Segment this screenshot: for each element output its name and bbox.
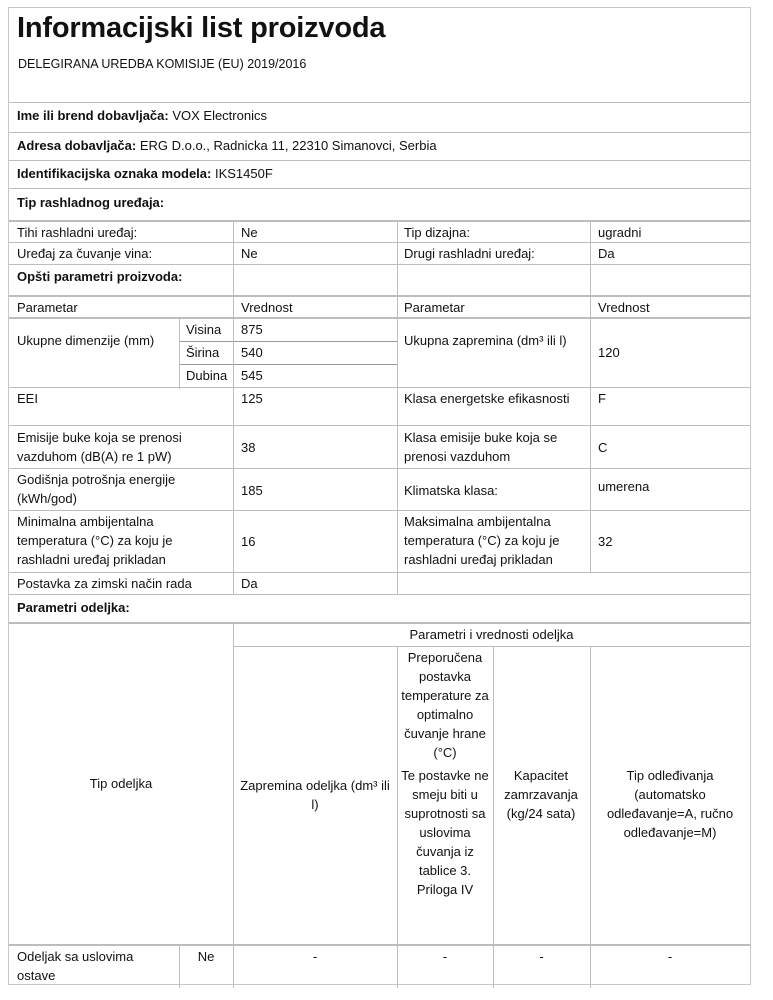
silent-value: Ne (241, 223, 258, 242)
volume-header: Zapremina odeljka (dm³ ili l) (237, 776, 393, 814)
appliance-type-heading: Tip rashladnog uređaja: (17, 193, 164, 212)
noise-class-label: Klasa emisije buke koja se prenosi vazdu… (404, 428, 569, 466)
compartment-group-header: Parametri i vrednosti odeljka (233, 625, 750, 644)
brand-label: Ime ili brend dobavljača: (17, 108, 169, 123)
address-label: Adresa dobavljača: (17, 138, 136, 153)
winter-mode-row: Postavka za zimski način rada Da (9, 572, 750, 594)
other-appliance-label: Drugi rashladni uređaj: (404, 244, 535, 263)
compartment-freezing-capacity: - (493, 947, 590, 966)
noise-label: Emisije buke koja se prenosi vazduhom (d… (17, 428, 232, 466)
eei-label: EEI (17, 389, 38, 408)
winter-mode-label: Postavka za zimski način rada (17, 574, 192, 593)
dimensions-row: Ukupne dimenzije (mm) Visina 875 Širina … (9, 317, 750, 387)
height-value: 875 (241, 320, 263, 339)
energy-class-value: F (598, 389, 606, 408)
supplier-brand-row: Ime ili brend dobavljača: VOX Electronic… (9, 102, 750, 132)
regulation-subtitle: DELEGIRANA UREDBA KOMISIJE (EU) 2019/201… (18, 57, 306, 71)
column-header-parameter: Parametar (404, 298, 465, 317)
compartment-volume: - (233, 947, 397, 966)
wine-storage-label: Uređaj za čuvanje vina: (17, 244, 152, 263)
width-label: Širina (186, 343, 219, 362)
silent-label: Tihi rashladni uređaj: (17, 223, 137, 242)
page-title: Informacijski list proizvoda (17, 12, 385, 45)
annual-energy-value: 185 (241, 481, 263, 500)
design-type-label: Tip dizajna: (404, 223, 470, 242)
climate-class-label: Klimatska klasa: (404, 481, 498, 500)
compartment-present: Ne (179, 947, 233, 966)
compartment-type: Odeljak sa uslovima ostave (17, 947, 167, 985)
annual-energy-row: Godišnja potrošnja energije (kWh/god) 18… (9, 468, 750, 510)
general-column-headers: Parametar Vrednost Parametar Vrednost (9, 295, 750, 317)
temperature-header-note: Te postavke ne smeju biti u suprotnosti … (397, 766, 493, 899)
compartment-defrost-type: - (590, 947, 750, 966)
energy-class-label: Klasa energetske efikasnosti (404, 389, 589, 408)
freezing-capacity-header: Kapacitet zamrzavanja (kg/24 sata) (493, 766, 589, 823)
product-information-sheet: Informacijski list proizvoda DELEGIRANA … (8, 7, 751, 985)
noise-class-value: C (598, 438, 607, 457)
brand-value: VOX Electronics (169, 108, 267, 123)
noise-value: 38 (241, 438, 255, 457)
column-header-parameter: Parametar (17, 298, 78, 317)
compartment-row: Odeljak sa uslovima ostave Ne - - - - (9, 944, 750, 986)
max-temp-label: Maksimalna ambijentalna temperatura (°C)… (404, 512, 589, 569)
compartments-heading: Parametri odeljka: (17, 598, 130, 617)
total-volume-value: 120 (598, 343, 620, 362)
noise-row: Emisije buke koja se prenosi vazduhom (d… (9, 425, 750, 468)
eei-value: 125 (241, 389, 263, 408)
eei-row: EEI 125 Klasa energetske efikasnosti F (9, 387, 750, 425)
total-volume-label: Ukupna zapremina (dm³ ili l) (404, 331, 584, 350)
min-temp-label: Minimalna ambijentalna temperatura (°C) … (17, 512, 217, 569)
general-heading: Opšti parametri proizvoda: (17, 267, 182, 286)
model-row: Identifikacijska oznaka modela: IKS1450F (9, 160, 750, 188)
general-heading-row: Opšti parametri proizvoda: (9, 264, 750, 294)
compartment-temperature: - (397, 947, 493, 966)
other-appliance-value: Da (598, 244, 615, 263)
address-value: ERG D.o.o., Radnicka 11, 22310 Simanovci… (136, 138, 436, 153)
climate-class-value: umerena (598, 477, 649, 496)
depth-label: Dubina (186, 366, 227, 385)
compartment-type-header: Tip odeljka (9, 774, 233, 793)
design-type-value: ugradni (598, 223, 641, 242)
appliance-type-row: Tihi rashladni uređaj: Ne Tip dizajna: u… (9, 220, 750, 242)
temperature-header-text: Preporučena postavka temperature za opti… (397, 648, 493, 762)
min-temp-value: 16 (241, 532, 255, 551)
wine-storage-value: Ne (241, 244, 258, 263)
width-value: 540 (241, 343, 263, 362)
model-label: Identifikacijska oznaka modela: (17, 166, 211, 181)
supplier-address-row: Adresa dobavljača: ERG D.o.o., Radnicka … (9, 132, 750, 160)
compartments-header: Tip odeljka Parametri i vrednosti odeljk… (9, 622, 750, 944)
height-label: Visina (186, 320, 221, 339)
model-value: IKS1450F (211, 166, 272, 181)
defrost-type-header: Tip odleđivanja (automatsko odleđavanje=… (605, 766, 735, 842)
compartments-heading-row: Parametri odeljka: (9, 594, 750, 622)
ambient-temperature-row: Minimalna ambijentalna temperatura (°C) … (9, 510, 750, 572)
temperature-header: Preporučena postavka temperature za opti… (397, 648, 493, 899)
appliance-type-heading-row: Tip rashladnog uređaja: (9, 188, 750, 218)
dimensions-label: Ukupne dimenzije (mm) (17, 331, 177, 350)
annual-energy-label: Godišnja potrošnja energije (kWh/god) (17, 470, 232, 508)
column-header-value: Vrednost (598, 298, 650, 317)
column-header-value: Vrednost (241, 298, 293, 317)
winter-mode-value: Da (241, 574, 258, 593)
appliance-type-row: Uređaj za čuvanje vina: Ne Drugi rashlad… (9, 242, 750, 264)
depth-value: 545 (241, 366, 263, 385)
max-temp-value: 32 (598, 532, 612, 551)
